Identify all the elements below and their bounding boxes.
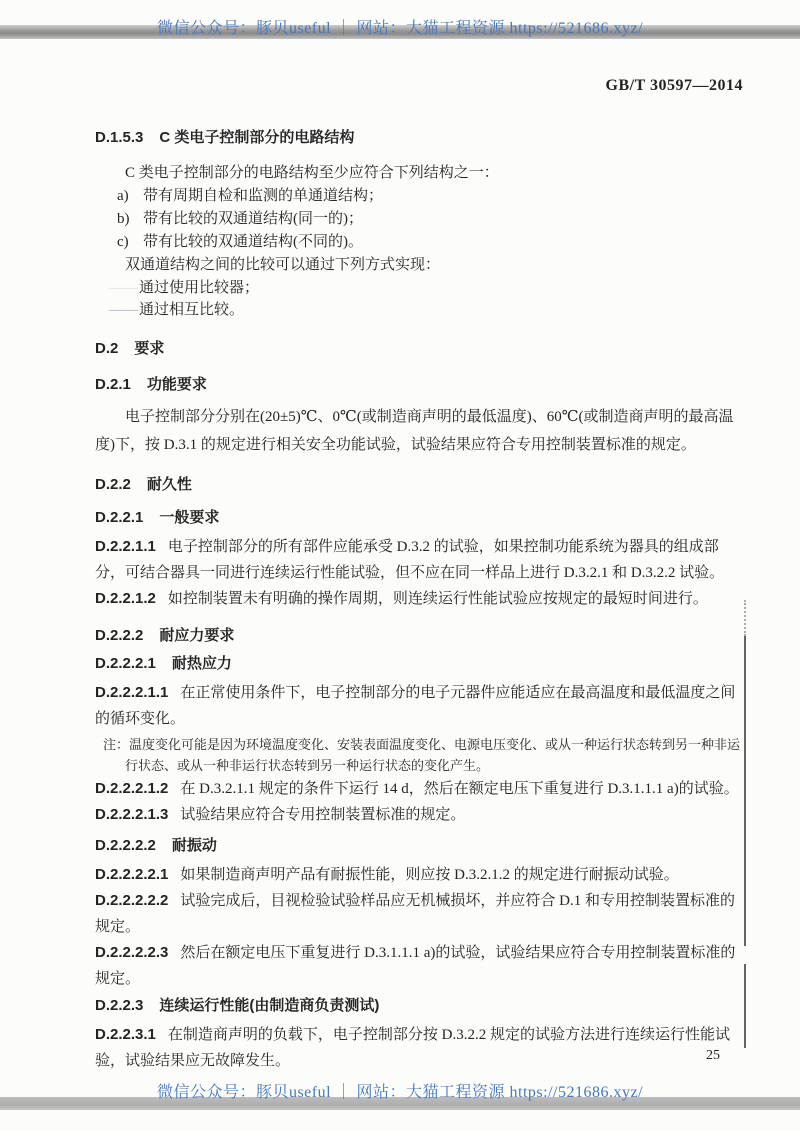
clause-title: 耐振动 (172, 837, 217, 854)
scanned-standard-page: 微信公众号：豚贝useful ｜ 网站：大猫工程资源 https://52168… (0, 0, 800, 1131)
clause-text: 如果制造商声明产品有耐振性能，则应按 D.3.2.1.2 的规定进行耐振动试验。 (180, 867, 678, 883)
dash-glyph: —— (109, 280, 137, 296)
list-item-c: c)带有比较的双通道结构(不同的)。 (95, 231, 747, 254)
watermark-bottom: 微信公众号：豚贝useful ｜ 网站：大猫工程资源 https://52168… (0, 1079, 800, 1102)
list-text: 带有比较的双通道结构(不同的)。 (143, 234, 363, 250)
heading-d2: D.2要求 (95, 339, 747, 359)
clause-title: 耐应力要求 (159, 627, 234, 644)
page-number: 25 (706, 1048, 720, 1064)
dash-text: 通过相互比较。 (139, 302, 244, 318)
list-label: a) (117, 185, 143, 208)
clause-text: 在制造商声明的负载下，电子控制部分按 D.3.2.2 规定的试验方法进行连续运行… (95, 1027, 730, 1069)
clause-number: D.2.1 (95, 376, 131, 393)
heading-d21: D.2.1功能要求 (95, 375, 747, 395)
clause-text: 在正常使用条件下，电子控制部分的电子元器件应能适应在最高温度和最低温度之间的循环… (95, 685, 735, 727)
dash-item-mutual: ——通过相互比较。 (95, 299, 747, 321)
list-text: 带有周期自检和监测的单通道结构； (143, 188, 383, 204)
clause-text: 试验结果应符合专用控制装置标准的规定。 (180, 807, 465, 823)
dash-glyph: —— (109, 302, 137, 318)
clause-d22221: D.2.2.2.2.1如果制造商声明产品有耐振性能，则应按 D.3.2.1.2 … (95, 862, 747, 888)
heading-d221: D.2.2.1一般要求 (95, 508, 747, 528)
clause-d2211: D.2.2.1.1电子控制部分的所有部件应能承受 D.3.2 的试验，如果控制功… (95, 534, 747, 586)
clause-number: D.2.2.1.2 (95, 590, 156, 607)
clause-text: 在 D.3.2.1.1 规定的条件下运行 14 d，然后在额定电压下重复进行 D… (180, 781, 738, 797)
clause-number: D.1.5.3 (95, 129, 143, 146)
list-label: b) (117, 208, 143, 231)
clause-number: D.2.2.2.2.2 (95, 892, 168, 909)
note-text: 温度变化可能是因为环境温度变化、安装表面温度变化、电源电压变化、或从一种运行状态… (125, 737, 740, 773)
clause-d22222: D.2.2.2.2.2试验完成后，目视检验试验样品应无机械损坏，并应符合 D.1… (95, 888, 747, 940)
clause-number: D.2.2.3 (95, 997, 143, 1014)
clause-title: 一般要求 (159, 509, 219, 526)
note-label: 注： (103, 737, 129, 752)
clause-title: 功能要求 (147, 376, 207, 393)
dash-text: 通过使用比较器； (139, 280, 259, 296)
heading-d22: D.2.2耐久性 (95, 475, 747, 495)
heading-d223: D.2.2.3连续运行性能(由制造商负责测试) (95, 996, 747, 1016)
clause-d22211: D.2.2.2.1.1在正常使用条件下，电子控制部分的电子元器件应能适应在最高温… (95, 680, 747, 732)
clause-title: 要求 (134, 340, 164, 357)
clause-title: 耐久性 (147, 476, 192, 493)
doc-code: GB/T 30597—2014 (606, 77, 743, 95)
clause-text: 然后在额定电压下重复进行 D.3.1.1.1 a)的试验，试验结果应符合专用控制… (95, 945, 735, 987)
clause-title: 耐热应力 (172, 655, 232, 672)
clause-number: D.2.2.2.1.3 (95, 806, 168, 823)
clause-number: D.2.2.2.1 (95, 655, 156, 672)
clause-d22212: D.2.2.2.1.2在 D.3.2.1.1 规定的条件下运行 14 d，然后在… (95, 776, 747, 802)
clause-d22223: D.2.2.2.2.3然后在额定电压下重复进行 D.3.1.1.1 a)的试验，… (95, 940, 747, 992)
clause-number: D.2.2.2.1.2 (95, 780, 168, 797)
clause-text: 试验完成后，目视检验试验样品应无机械损坏，并应符合 D.1 和专用控制装置标准的… (95, 893, 735, 935)
clause-number: D.2.2.1.1 (95, 538, 156, 555)
clause-number: D.2.2.3.1 (95, 1026, 156, 1043)
clause-number: D.2.2.2.2 (95, 837, 156, 854)
clause-number: D.2.2.2 (95, 627, 143, 644)
clause-title: C 类电子控制部分的电路结构 (159, 129, 354, 146)
clause-d2212: D.2.2.1.2如控制装置未有明确的操作周期，则连续运行性能试验应按规定的最短… (95, 586, 747, 612)
heading-d2222: D.2.2.2.2耐振动 (95, 836, 747, 856)
list-item-a: a)带有周期自检和监测的单通道结构； (95, 185, 747, 208)
dash-item-comparator: ——通过使用比较器； (95, 277, 747, 299)
paragraph-dual-channel: 双通道结构之间的比较可以通过下列方式实现： (95, 254, 747, 277)
paragraph-d21: 电子控制部分分别在(20±5)℃、0℃(或制造商声明的最低温度)、60℃(或制造… (95, 403, 747, 459)
heading-d2221: D.2.2.2.1耐热应力 (95, 654, 747, 674)
clause-d22213: D.2.2.2.1.3试验结果应符合专用控制装置标准的规定。 (95, 802, 747, 828)
watermark-top: 微信公众号：豚贝useful ｜ 网站：大猫工程资源 https://52168… (0, 15, 800, 38)
heading-d153: D.1.5.3C 类电子控制部分的电路结构 (95, 128, 747, 148)
clause-number: D.2.2.2.2.1 (95, 866, 168, 883)
clause-number: D.2.2.1 (95, 509, 143, 526)
clause-number: D.2.2.2.1.1 (95, 684, 168, 701)
clause-number: D.2 (95, 340, 118, 357)
note: 注：温度变化可能是因为环境温度变化、安装表面温度变化、电源电压变化、或从一种运行… (95, 734, 747, 776)
clause-title: 连续运行性能(由制造商负责测试) (159, 997, 379, 1014)
list-text: 带有比较的双通道结构(同一的)； (143, 211, 363, 227)
document-body: D.1.5.3C 类电子控制部分的电路结构 C 类电子控制部分的电路结构至少应符… (95, 128, 747, 1074)
clause-number: D.2.2.2.2.3 (95, 944, 168, 961)
list-item-b: b)带有比较的双通道结构(同一的)； (95, 208, 747, 231)
clause-text: 如控制装置未有明确的操作周期，则连续运行性能试验应按规定的最短时间进行。 (168, 591, 708, 607)
paragraph-intro: C 类电子控制部分的电路结构至少应符合下列结构之一： (95, 162, 747, 185)
list-label: c) (117, 231, 143, 254)
clause-text: 电子控制部分的所有部件应能承受 D.3.2 的试验，如果控制功能系统为器具的组成… (95, 539, 724, 581)
clause-number: D.2.2 (95, 476, 131, 493)
heading-d222: D.2.2.2耐应力要求 (95, 626, 747, 646)
clause-d2231: D.2.2.3.1在制造商声明的负载下，电子控制部分按 D.3.2.2 规定的试… (95, 1022, 747, 1074)
